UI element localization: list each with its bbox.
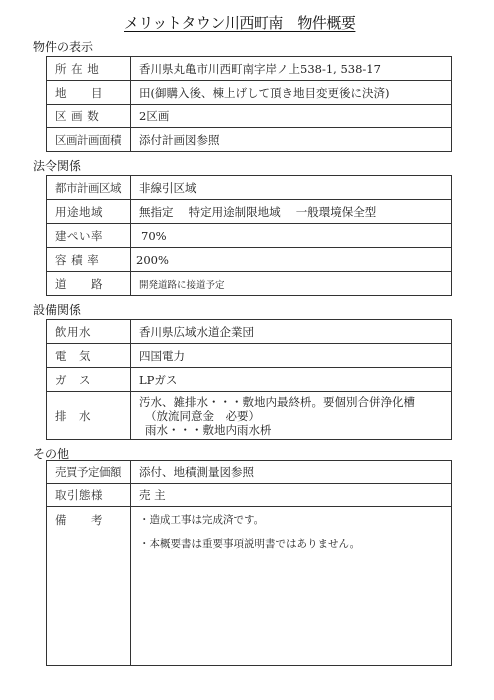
table-row: 電 気 四国電力 <box>47 344 452 368</box>
value-floor-area-ratio: 200% <box>131 248 452 272</box>
table-row: 用途地域 無指定 特定用途制限地域 一般環境保全型 <box>47 200 452 224</box>
label-gas: ガ ス <box>47 368 131 392</box>
label-city-planning: 都市計画区域 <box>47 176 131 200</box>
value-city-planning: 非線引区域 <box>131 176 452 200</box>
section-heading-utilities: 設備関係 <box>33 301 81 318</box>
table-row: 地 目 田(御購入後、棟上げして頂き地目変更後に決済) <box>47 81 452 105</box>
value-lot-count: 2区画 <box>131 105 452 128</box>
label-lot-count: 区 画 数 <box>47 105 131 128</box>
label-road: 道 路 <box>47 272 131 296</box>
table-row: 区画計画面積 添付計画図参照 <box>47 128 452 152</box>
value-gas: LPガス <box>131 368 452 392</box>
table-row: 取引態様 売 主 <box>47 484 452 507</box>
table-row: ガ ス LPガス <box>47 368 452 392</box>
table-row: 備 考 ・造成工事は完成済です。 ・本概要書は重要事項説明書ではありません。 <box>47 507 452 666</box>
value-electricity: 四国電力 <box>131 344 452 368</box>
table-row: 飲用水 香川県広域水道企業団 <box>47 320 452 344</box>
property-table: 所 在 地 香川県丸亀市川西町南字岸ノ上538-1, 538-17 地 目 田(… <box>46 56 452 152</box>
value-building-coverage: 70% <box>131 224 452 248</box>
table-row: 区 画 数 2区画 <box>47 105 452 128</box>
remark-item: ・本概要書は重要事項説明書ではありません。 <box>139 536 451 551</box>
legal-table: 都市計画区域 非線引区域 用途地域 無指定 特定用途制限地域 一般環境保全型 建… <box>46 175 452 296</box>
value-location: 香川県丸亀市川西町南字岸ノ上538-1, 538-17 <box>131 57 452 81</box>
section-heading-legal: 法令関係 <box>33 157 81 174</box>
remark-item: ・造成工事は完成済です。 <box>139 512 451 527</box>
utilities-table: 飲用水 香川県広域水道企業団 電 気 四国電力 ガ ス LPガス 排 水 汚水、… <box>46 319 452 440</box>
label-building-coverage: 建ぺい率 <box>47 224 131 248</box>
table-row: 都市計画区域 非線引区域 <box>47 176 452 200</box>
label-water: 飲用水 <box>47 320 131 344</box>
other-table: 売買予定価額 添付、地積測量図参照 取引態様 売 主 備 考 ・造成工事は完成済… <box>46 460 452 666</box>
label-lot-area: 区画計画面積 <box>47 128 131 152</box>
drainage-line-3: 雨水・・・敷地内雨水枡 <box>139 423 451 437</box>
table-row: 容 積 率 200% <box>47 248 452 272</box>
value-lot-area: 添付計画図参照 <box>131 128 452 152</box>
value-drainage: 汚水、雑排水・・・敷地内最終枡。要個別合併浄化槽 （放流同意金 必要） 雨水・・… <box>131 392 452 440</box>
label-sale-price: 売買予定価額 <box>47 461 131 484</box>
page-title: メリットタウン川西町南 物件概要 <box>124 12 334 33</box>
value-remarks: ・造成工事は完成済です。 ・本概要書は重要事項説明書ではありません。 <box>131 507 452 666</box>
label-location: 所 在 地 <box>47 57 131 81</box>
table-row: 売買予定価額 添付、地積測量図参照 <box>47 461 452 484</box>
drainage-line-1: 汚水、雑排水・・・敷地内最終枡。要個別合併浄化槽 <box>139 395 451 409</box>
value-road: 開発道路に接道予定 <box>131 272 452 296</box>
label-zoning: 用途地域 <box>47 200 131 224</box>
value-sale-price: 添付、地積測量図参照 <box>131 461 452 484</box>
value-land-category: 田(御購入後、棟上げして頂き地目変更後に決済) <box>131 81 452 105</box>
label-drainage: 排 水 <box>47 392 131 440</box>
table-row: 所 在 地 香川県丸亀市川西町南字岸ノ上538-1, 538-17 <box>47 57 452 81</box>
label-floor-area-ratio: 容 積 率 <box>47 248 131 272</box>
label-transaction-type: 取引態様 <box>47 484 131 507</box>
value-water: 香川県広域水道企業団 <box>131 320 452 344</box>
value-transaction-type: 売 主 <box>131 484 452 507</box>
table-row: 道 路 開発道路に接道予定 <box>47 272 452 296</box>
label-electricity: 電 気 <box>47 344 131 368</box>
label-remarks: 備 考 <box>47 507 131 666</box>
table-row: 建ぺい率 70% <box>47 224 452 248</box>
value-zoning: 無指定 特定用途制限地域 一般環境保全型 <box>131 200 452 224</box>
label-land-category: 地 目 <box>47 81 131 105</box>
drainage-line-2: （放流同意金 必要） <box>139 409 451 423</box>
table-row: 排 水 汚水、雑排水・・・敷地内最終枡。要個別合併浄化槽 （放流同意金 必要） … <box>47 392 452 440</box>
section-heading-property: 物件の表示 <box>33 38 93 55</box>
